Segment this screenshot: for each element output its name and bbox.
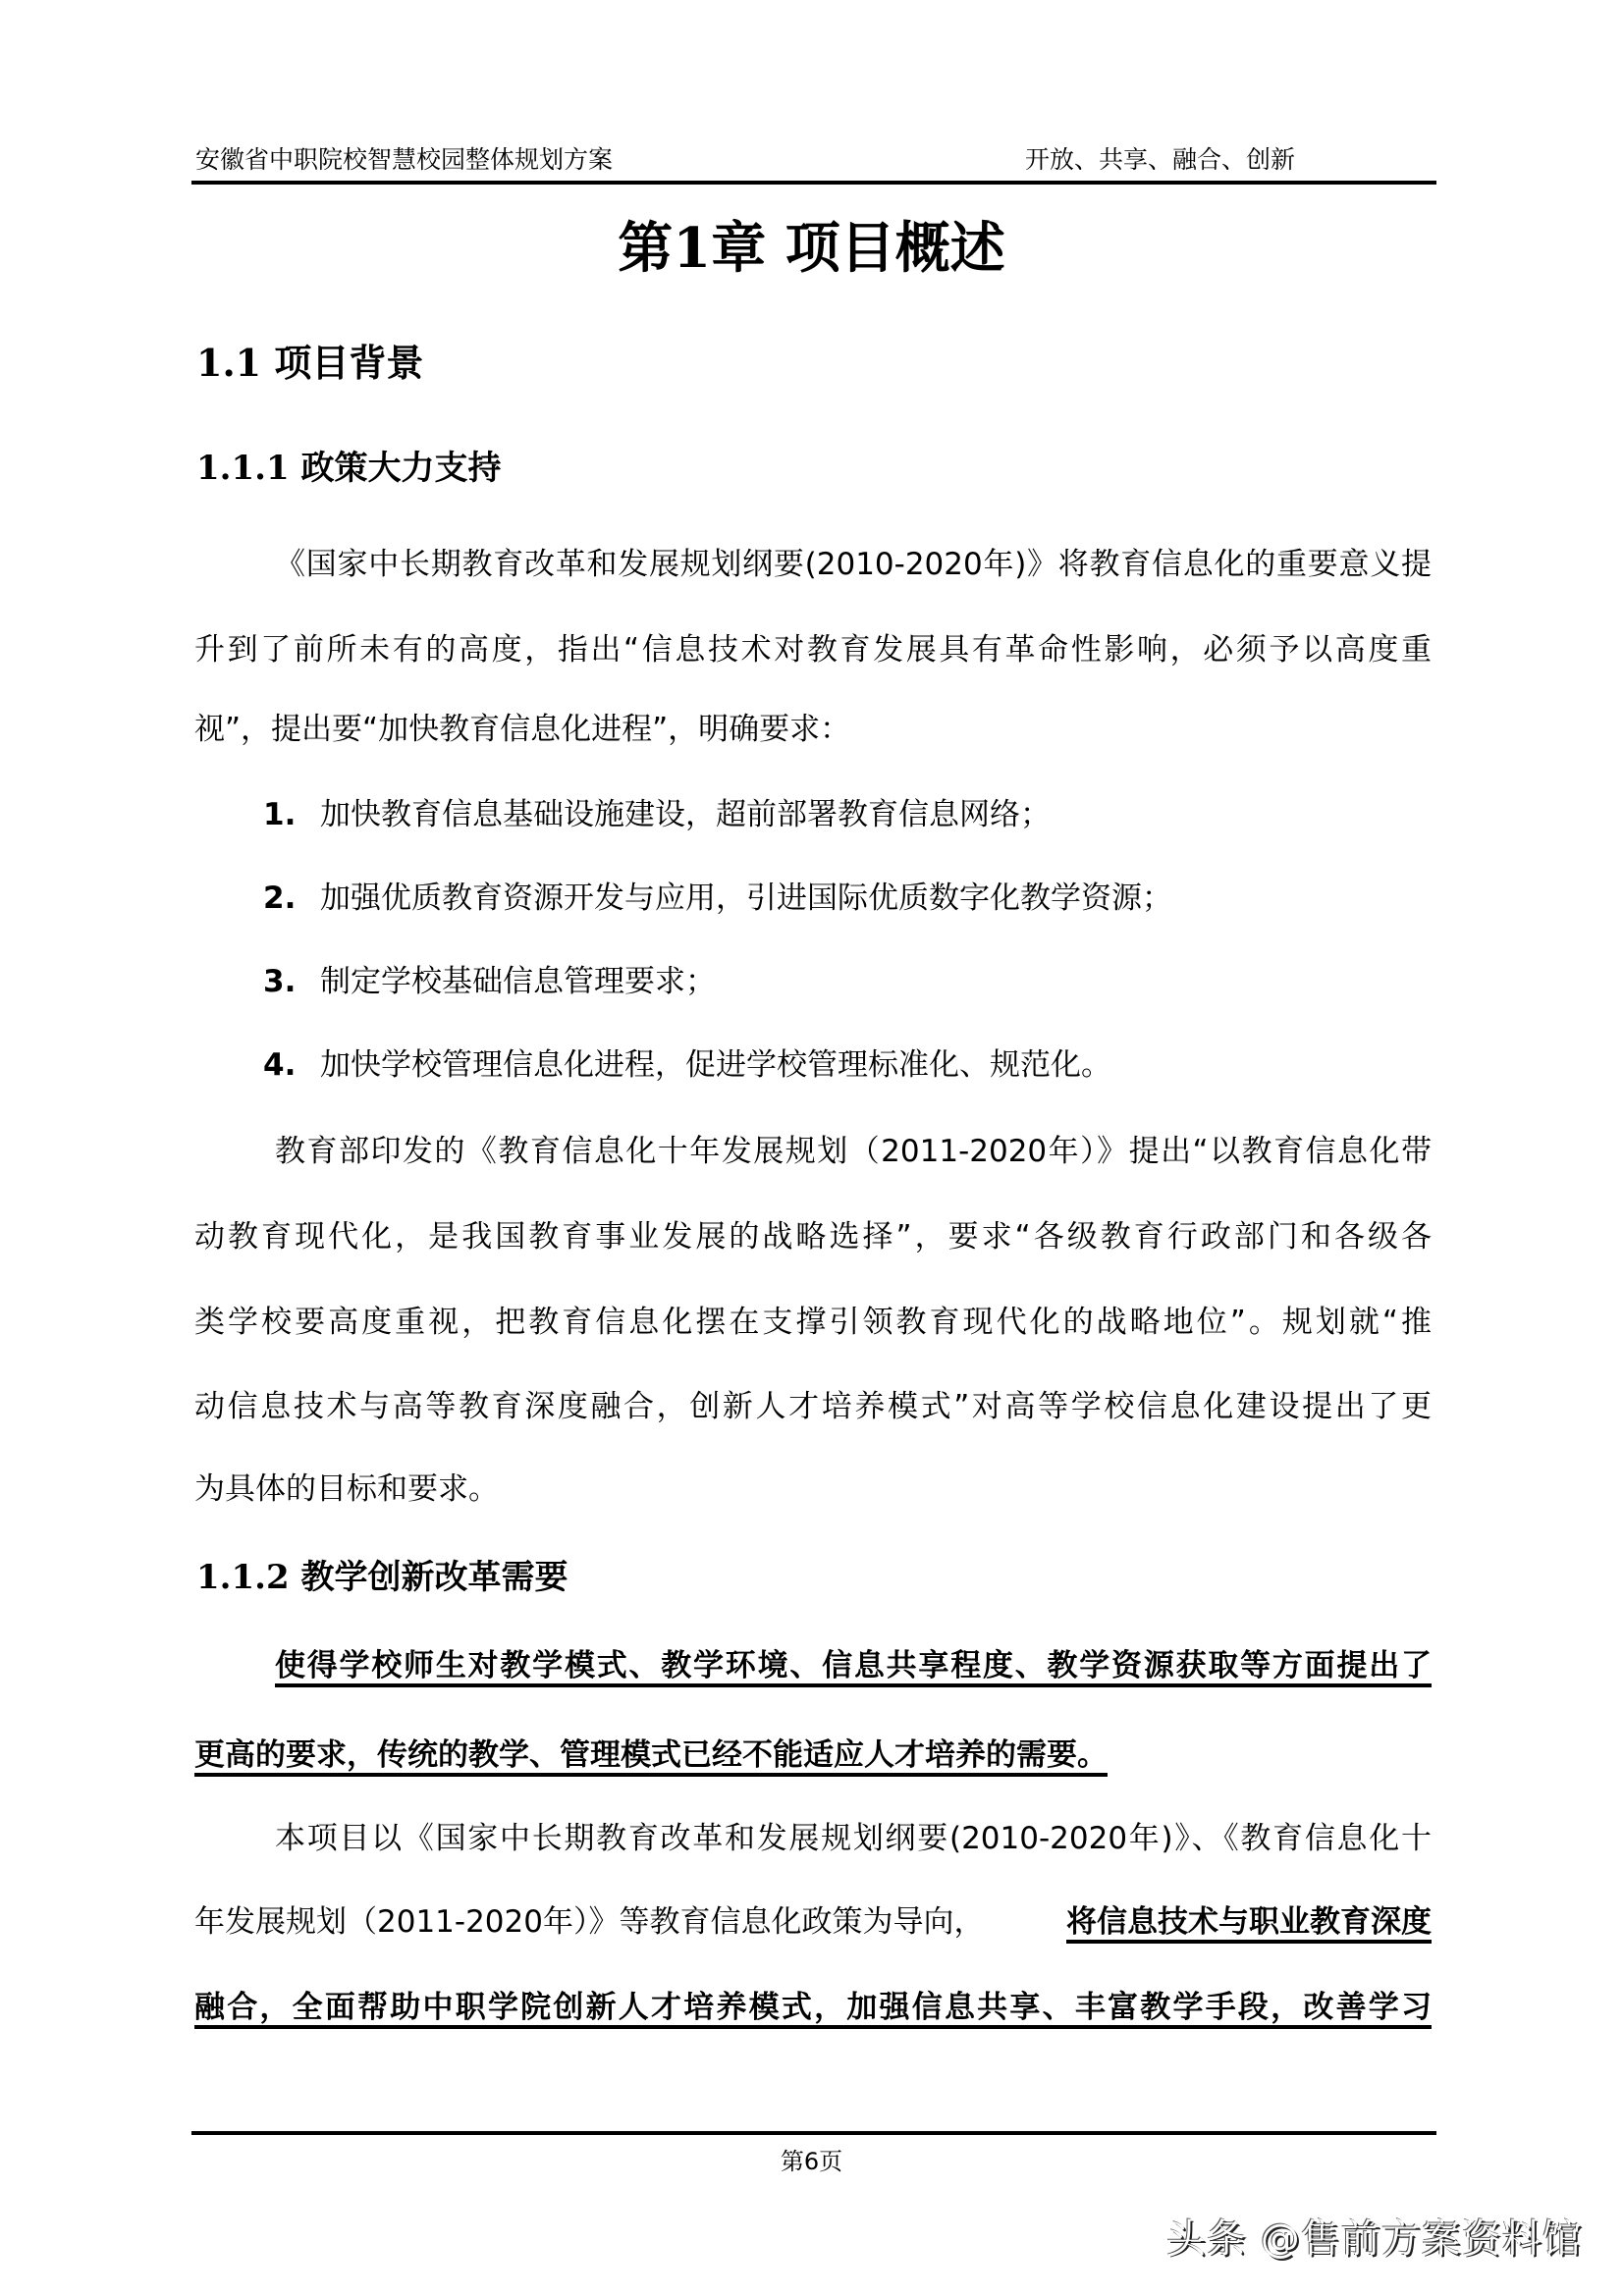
emphasis-line: 融合，全面帮助中职学院创新人才培养模式，加强信息共享、丰富教学手段，改善学习 xyxy=(194,1988,1432,2027)
list-item: 加快学校管理信息化进程，促进学校管理标准化、规范化。 xyxy=(320,1045,1111,1085)
paragraph-line: 动信息技术与高等教育深度融合，创新人才培养模式”对高等学校信息化建设提出了更 xyxy=(194,1387,1432,1426)
section-number: 1.1.2 xyxy=(196,1558,290,1597)
paragraph-line: 升到了前所未有的高度，指出“信息技术对教育发展具有革命性影响，必须予以高度重 xyxy=(194,630,1432,669)
paragraph-line: 视”，提出要“加快教育信息化进程”，明确要求： xyxy=(194,710,1432,749)
header-rule xyxy=(191,181,1436,185)
paragraph-line: 类学校要高度重视，把教育信息化摆在支撑引领教育现代化的战略地位”。规划就“推 xyxy=(194,1303,1432,1342)
emphasis-line: 更高的要求，传统的教学、管理模式已经不能适应人才培养的需要。 xyxy=(194,1735,1432,1775)
section-heading-1-1-1: 1.1.1 政策大力支持 xyxy=(196,448,502,489)
section-number: 1.1 xyxy=(196,341,261,385)
emphasis-line: 使得学校师生对教学模式、教学环境、信息共享程度、教学资源获取等方面提出了 xyxy=(275,1646,1432,1685)
paragraph-line: 《国家中长期教育改革和发展规划纲要(2010-2020年)》将教育信息化的重要意… xyxy=(275,545,1432,584)
list-item-number: 4. xyxy=(263,1045,296,1085)
paragraph-line: 动教育现代化，是我国教育事业发展的战略选择”，要求“各级教育行政部门和各级各 xyxy=(194,1217,1432,1256)
list-item-number: 2. xyxy=(263,879,296,918)
section-number: 1.1.1 xyxy=(196,449,290,488)
footer-rule xyxy=(191,2131,1436,2135)
header-slogan: 开放、共享、融合、创新 xyxy=(1025,145,1295,175)
list-item: 加快教育信息基础设施建设，超前部署教育信息网络； xyxy=(320,795,1051,834)
paragraph-line: 年发展规划（2011-2020年）》等教育信息化政策为导向， 将信息技术与职业教… xyxy=(194,1902,1432,1942)
paragraph-line: 教育部印发的《教育信息化十年发展规划（2011-2020年）》提出“以教育信息化… xyxy=(275,1132,1432,1171)
section-heading-1-1: 1.1 项目背景 xyxy=(196,341,423,386)
emphasis-text: 将信息技术与职业教育深度 xyxy=(1066,1902,1432,1942)
paragraph-line: 为具体的目标和要求。 xyxy=(194,1469,1432,1509)
watermark: 头条 @售前方案资料馆 xyxy=(1166,2216,1583,2262)
section-heading-1-1-2: 1.1.2 教学创新改革需要 xyxy=(196,1557,568,1598)
list-item: 制定学校基础信息管理要求； xyxy=(320,962,716,1001)
paragraph-text: 年发展规划（2011-2020年）》等教育信息化政策为导向， xyxy=(194,1902,984,1942)
section-title: 项目背景 xyxy=(274,341,423,385)
page-number: 第6页 xyxy=(0,2148,1623,2175)
list-item: 加强优质教育资源开发与应用，引进国际优质数字化教学资源； xyxy=(320,879,1172,918)
header-document-title: 安徽省中职院校智慧校园整体规划方案 xyxy=(195,145,613,175)
section-title: 教学创新改革需要 xyxy=(301,1558,568,1597)
paragraph-line: 本项目以《国家中长期教育改革和发展规划纲要(2010-2020年)》、《教育信息… xyxy=(275,1819,1432,1858)
section-title: 政策大力支持 xyxy=(301,449,502,488)
chapter-title: 第1章 项目概述 xyxy=(0,214,1623,283)
list-item-number: 1. xyxy=(263,795,296,834)
list-item-number: 3. xyxy=(263,962,296,1001)
